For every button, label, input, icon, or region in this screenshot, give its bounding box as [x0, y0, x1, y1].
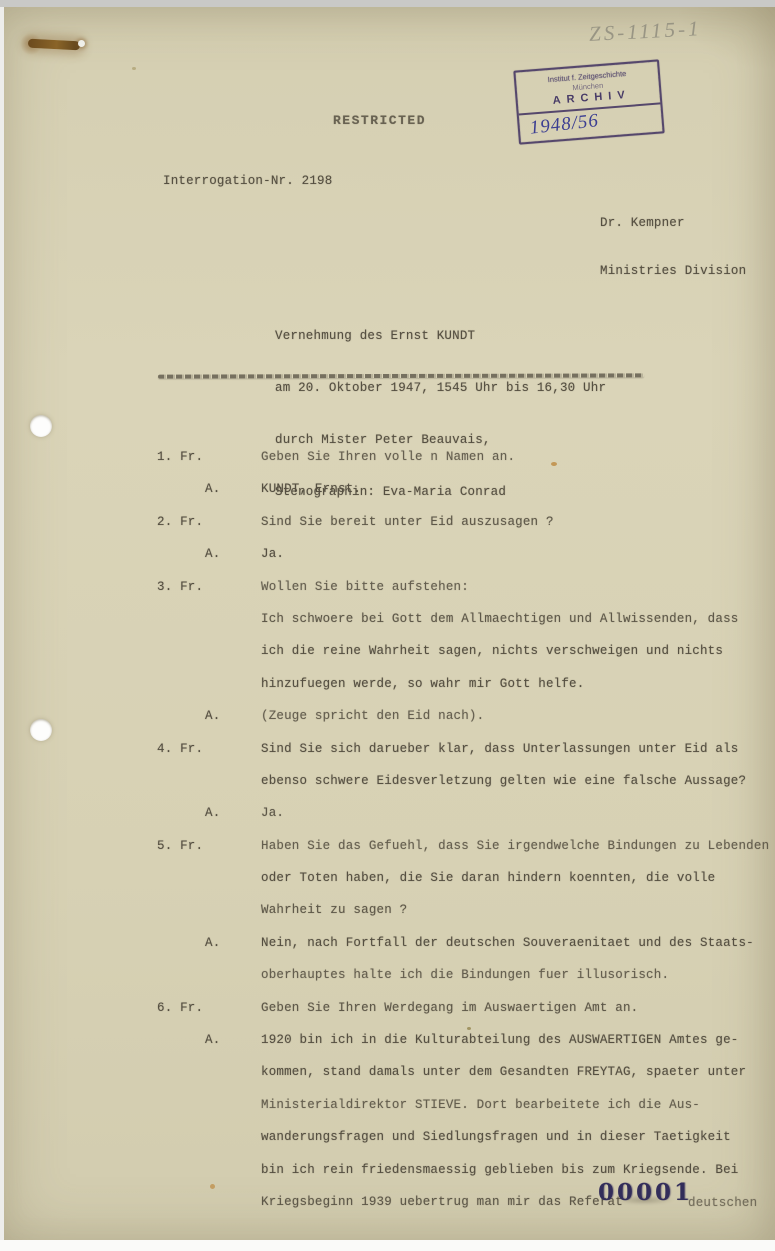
qa-line: 4. Fr.Sind Sie sich darueber klar, dass … [157, 742, 769, 774]
qa-line: 3. Fr.Wollen Sie bitte aufstehen: [157, 580, 769, 612]
qa-line: Ministerialdirektor STIEVE. Dort bearbei… [157, 1098, 769, 1130]
qa-text: KUNDT, Ernst. [261, 482, 769, 496]
qa-line: 2. Fr.Sind Sie bereit unter Eid auszusag… [157, 515, 769, 547]
qa-line: A.Ja. [157, 806, 769, 838]
qa-text: ebenso schwere Eidesverletzung gelten wi… [261, 774, 769, 788]
pencil-archive-reference: ZS-1115-1 [588, 16, 702, 47]
qa-text: Ja. [261, 547, 769, 561]
qa-line: 5. Fr.Haben Sie das Gefuehl, dass Sie ir… [157, 839, 769, 871]
qa-label: 4. Fr. [157, 742, 261, 756]
qa-line: ich die reine Wahrheit sagen, nichts ver… [157, 644, 769, 676]
scanned-document-page: { "colors": { "paper": "#d8d2b5", "ink_t… [0, 0, 775, 1251]
qa-line: oberhauptes halte ich die Bindungen fuer… [157, 968, 769, 1000]
qa-text: Ja. [261, 806, 769, 820]
qa-line: Ich schwoere bei Gott dem Allmaechtigen … [157, 612, 769, 644]
foxing-speck [132, 67, 136, 70]
staple-hole [78, 40, 85, 47]
classification-marking: RESTRICTED [333, 113, 426, 128]
qa-text: wanderungsfragen und Siedlungsfragen und… [261, 1130, 769, 1144]
qa-label: A. [157, 936, 261, 950]
qa-text: hinzufuegen werde, so wahr mir Gott helf… [261, 677, 769, 691]
qa-text: Wollen Sie bitte aufstehen: [261, 580, 769, 594]
qa-line: 1. Fr.Geben Sie Ihren volle n Namen an. [157, 450, 769, 482]
qa-text: Ministerialdirektor STIEVE. Dort bearbei… [261, 1098, 769, 1112]
qa-line: A.Ja. [157, 547, 769, 579]
qa-label: 3. Fr. [157, 580, 261, 594]
qa-line: A.KUNDT, Ernst. [157, 482, 769, 514]
qa-text: Geben Sie Ihren Werdegang im Auswaertige… [261, 1001, 769, 1015]
qa-label: A. [157, 482, 261, 496]
qa-line: 6. Fr.Geben Sie Ihren Werdegang im Auswa… [157, 1001, 769, 1033]
qa-label: A. [157, 547, 261, 561]
qa-label: 2. Fr. [157, 515, 261, 529]
qa-line: hinzufuegen werde, so wahr mir Gott helf… [157, 677, 769, 709]
qa-line: oder Toten haben, die Sie daran hindern … [157, 871, 769, 903]
qa-text: oder Toten haben, die Sie daran hindern … [261, 871, 769, 885]
page-number-stamp: 00001 [598, 1179, 693, 1206]
qa-line: Wahrheit zu sagen ? [157, 903, 769, 935]
qa-label: 5. Fr. [157, 839, 261, 853]
qa-text: Ich schwoere bei Gott dem Allmaechtigen … [261, 612, 769, 626]
document-paper: ZS-1115-1 RESTRICTED Institut f. Zeitges… [4, 7, 775, 1240]
qa-text: Sind Sie sich darueber klar, dass Unterl… [261, 742, 769, 756]
qa-line: A.1920 bin ich in die Kulturabteilung de… [157, 1033, 769, 1065]
qa-text: bin ich rein friedensmaessig geblieben b… [261, 1163, 769, 1177]
qa-text: kommen, stand damals unter dem Gesandten… [261, 1065, 769, 1079]
qa-text: oberhauptes halte ich die Bindungen fuer… [261, 968, 769, 982]
archive-stamp: Institut f. Zeitgeschichte München ARCHI… [513, 59, 664, 144]
qa-label: A. [157, 709, 261, 723]
session-title: Vernehmung des Ernst KUNDT [275, 328, 606, 345]
examiner-division: Ministries Division [600, 263, 746, 279]
examiner-block: Dr. Kempner Ministries Division [600, 183, 746, 311]
qa-label: 1. Fr. [157, 450, 261, 464]
qa-line-suffix: deutschen [688, 1196, 757, 1210]
qa-line: ebenso schwere Eidesverletzung gelten wi… [157, 774, 769, 806]
qa-line: wanderungsfragen und Siedlungsfragen und… [157, 1130, 769, 1162]
qa-line: A.Nein, nach Fortfall der deutschen Souv… [157, 936, 769, 968]
interrogation-number: Interrogation-Nr. 2198 [163, 174, 332, 188]
punch-hole-top [30, 415, 52, 437]
qa-text: ich die reine Wahrheit sagen, nichts ver… [261, 644, 769, 658]
examiner-name: Dr. Kempner [600, 215, 746, 231]
qa-label: A. [157, 806, 261, 820]
qa-text: Geben Sie Ihren volle n Namen an. [261, 450, 769, 464]
qa-label: 6. Fr. [157, 1001, 261, 1015]
qa-text: (Zeuge spricht den Eid nach). [261, 709, 769, 723]
qa-line: A.(Zeuge spricht den Eid nach). [157, 709, 769, 741]
punch-hole-bottom [30, 719, 52, 741]
session-interrogator: durch Mister Peter Beauvais, [275, 432, 606, 449]
qa-text: Haben Sie das Gefuehl, dass Sie irgendwe… [261, 839, 769, 853]
qa-text: Wahrheit zu sagen ? [261, 903, 769, 917]
qa-text: Nein, nach Fortfall der deutschen Souver… [261, 936, 769, 950]
qa-text: 1920 bin ich in die Kulturabteilung des … [261, 1033, 769, 1047]
qa-lines: 1. Fr.Geben Sie Ihren volle n Namen an.A… [157, 450, 769, 1227]
scan-edge-top [0, 0, 775, 7]
qa-text: Sind Sie bereit unter Eid auszusagen ? [261, 515, 769, 529]
qa-label: A. [157, 1033, 261, 1047]
qa-line: kommen, stand damals unter dem Gesandten… [157, 1065, 769, 1097]
scan-edge-bottom [0, 1240, 775, 1251]
session-datetime: am 20. Oktober 1947, 1545 Uhr bis 16,30 … [275, 380, 606, 397]
archive-stamp-archiv: ARCHIV [552, 88, 631, 106]
